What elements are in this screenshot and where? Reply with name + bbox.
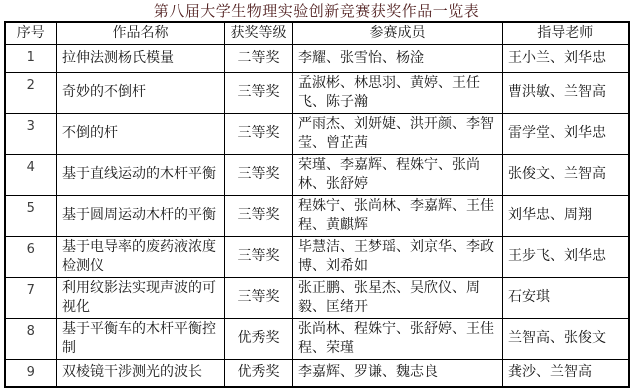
cell-work: 双棱镜干涉测光的波长 — [57, 359, 225, 387]
cell-no: 5 — [5, 195, 57, 236]
cell-work: 拉伸法测杨氏模量 — [57, 44, 225, 72]
cell-teachers: 王小兰、刘华忠 — [503, 44, 629, 72]
header-no: 序号 — [5, 22, 57, 44]
table-row: 9双棱镜干涉测光的波长优秀奖李嘉辉、罗谦、魏志良龚沙、兰智高 — [5, 359, 629, 387]
cell-members: 程姝宁、张尚林、李嘉辉、王佳程、黄麒辉 — [293, 195, 503, 236]
cell-teachers: 兰智高、张俊文 — [503, 318, 629, 359]
cell-members: 荣瑾、李嘉辉、程姝宁、张尚林、张舒婷 — [293, 154, 503, 195]
cell-teachers: 龚沙、兰智高 — [503, 359, 629, 387]
cell-no: 2 — [5, 72, 57, 113]
table-row: 7利用纹影法实现声波的可视化三等奖张正鹏、张星杰、吴欣仪、周毅、匡绪开石安琪 — [5, 277, 629, 318]
cell-no: 7 — [5, 277, 57, 318]
cell-award: 优秀奖 — [225, 318, 293, 359]
cell-teachers: 曹洪敏、兰智高 — [503, 72, 629, 113]
header-teachers: 指导老师 — [503, 22, 629, 44]
cell-teachers: 刘华忠、周翔 — [503, 195, 629, 236]
cell-no: 3 — [5, 113, 57, 154]
award-table: 序号 作品名称 获奖等级 参赛成员 指导老师 1拉伸法测杨氏模量二等奖李耀、张雪… — [4, 21, 630, 388]
cell-no: 9 — [5, 359, 57, 387]
table-body: 1拉伸法测杨氏模量二等奖李耀、张雪怡、杨淦王小兰、刘华忠2奇妙的不倒杆三等奖孟淑… — [5, 44, 629, 387]
cell-no: 6 — [5, 236, 57, 277]
table-row: 6基于电导率的废药液浓度检测仪三等奖毕慧洁、王梦瑶、刘京华、李政博、刘希如王步飞… — [5, 236, 629, 277]
header-work-name: 作品名称 — [57, 22, 225, 44]
cell-teachers: 雷学堂、刘华忠 — [503, 113, 629, 154]
page-title: 第八届大学生物理实验创新竞赛获奖作品一览表 — [0, 0, 633, 21]
cell-members: 孟淑彬、林思羽、黄婷、王任飞、陈子瀚 — [293, 72, 503, 113]
cell-work: 基于圆周运动木杆的平衡 — [57, 195, 225, 236]
cell-work: 奇妙的不倒杆 — [57, 72, 225, 113]
cell-members: 李嘉辉、罗谦、魏志良 — [293, 359, 503, 387]
cell-award: 三等奖 — [225, 154, 293, 195]
header-award-level: 获奖等级 — [225, 22, 293, 44]
cell-work: 不倒的杆 — [57, 113, 225, 154]
cell-award: 优秀奖 — [225, 359, 293, 387]
table-row: 8基于平衡车的木杆平衡控制优秀奖张尚林、程姝宁、张舒婷、王佳程、荣瑾兰智高、张俊… — [5, 318, 629, 359]
cell-no: 4 — [5, 154, 57, 195]
table-row: 5基于圆周运动木杆的平衡三等奖程姝宁、张尚林、李嘉辉、王佳程、黄麒辉刘华忠、周翔 — [5, 195, 629, 236]
cell-award: 三等奖 — [225, 113, 293, 154]
header-members: 参赛成员 — [293, 22, 503, 44]
cell-teachers: 王步飞、刘华忠 — [503, 236, 629, 277]
cell-award: 三等奖 — [225, 195, 293, 236]
cell-work: 基于直线运动的木杆平衡 — [57, 154, 225, 195]
cell-members: 李耀、张雪怡、杨淦 — [293, 44, 503, 72]
table-row: 4基于直线运动的木杆平衡三等奖荣瑾、李嘉辉、程姝宁、张尚林、张舒婷张俊文、兰智高 — [5, 154, 629, 195]
table-header-row: 序号 作品名称 获奖等级 参赛成员 指导老师 — [5, 22, 629, 44]
cell-no: 8 — [5, 318, 57, 359]
table-row: 1拉伸法测杨氏模量二等奖李耀、张雪怡、杨淦王小兰、刘华忠 — [5, 44, 629, 72]
cell-no: 1 — [5, 44, 57, 72]
cell-award: 三等奖 — [225, 72, 293, 113]
cell-award: 二等奖 — [225, 44, 293, 72]
cell-members: 张正鹏、张星杰、吴欣仪、周毅、匡绪开 — [293, 277, 503, 318]
table-row: 3不倒的杆三等奖严雨杰、刘妍婕、洪开颜、李智莹、曾芷茜雷学堂、刘华忠 — [5, 113, 629, 154]
cell-award: 三等奖 — [225, 277, 293, 318]
cell-members: 严雨杰、刘妍婕、洪开颜、李智莹、曾芷茜 — [293, 113, 503, 154]
cell-members: 张尚林、程姝宁、张舒婷、王佳程、荣瑾 — [293, 318, 503, 359]
cell-work: 基于电导率的废药液浓度检测仪 — [57, 236, 225, 277]
cell-award: 三等奖 — [225, 236, 293, 277]
cell-members: 毕慧洁、王梦瑶、刘京华、李政博、刘希如 — [293, 236, 503, 277]
cell-work: 基于平衡车的木杆平衡控制 — [57, 318, 225, 359]
cell-teachers: 张俊文、兰智高 — [503, 154, 629, 195]
cell-work: 利用纹影法实现声波的可视化 — [57, 277, 225, 318]
cell-teachers: 石安琪 — [503, 277, 629, 318]
table-row: 2奇妙的不倒杆三等奖孟淑彬、林思羽、黄婷、王任飞、陈子瀚曹洪敏、兰智高 — [5, 72, 629, 113]
